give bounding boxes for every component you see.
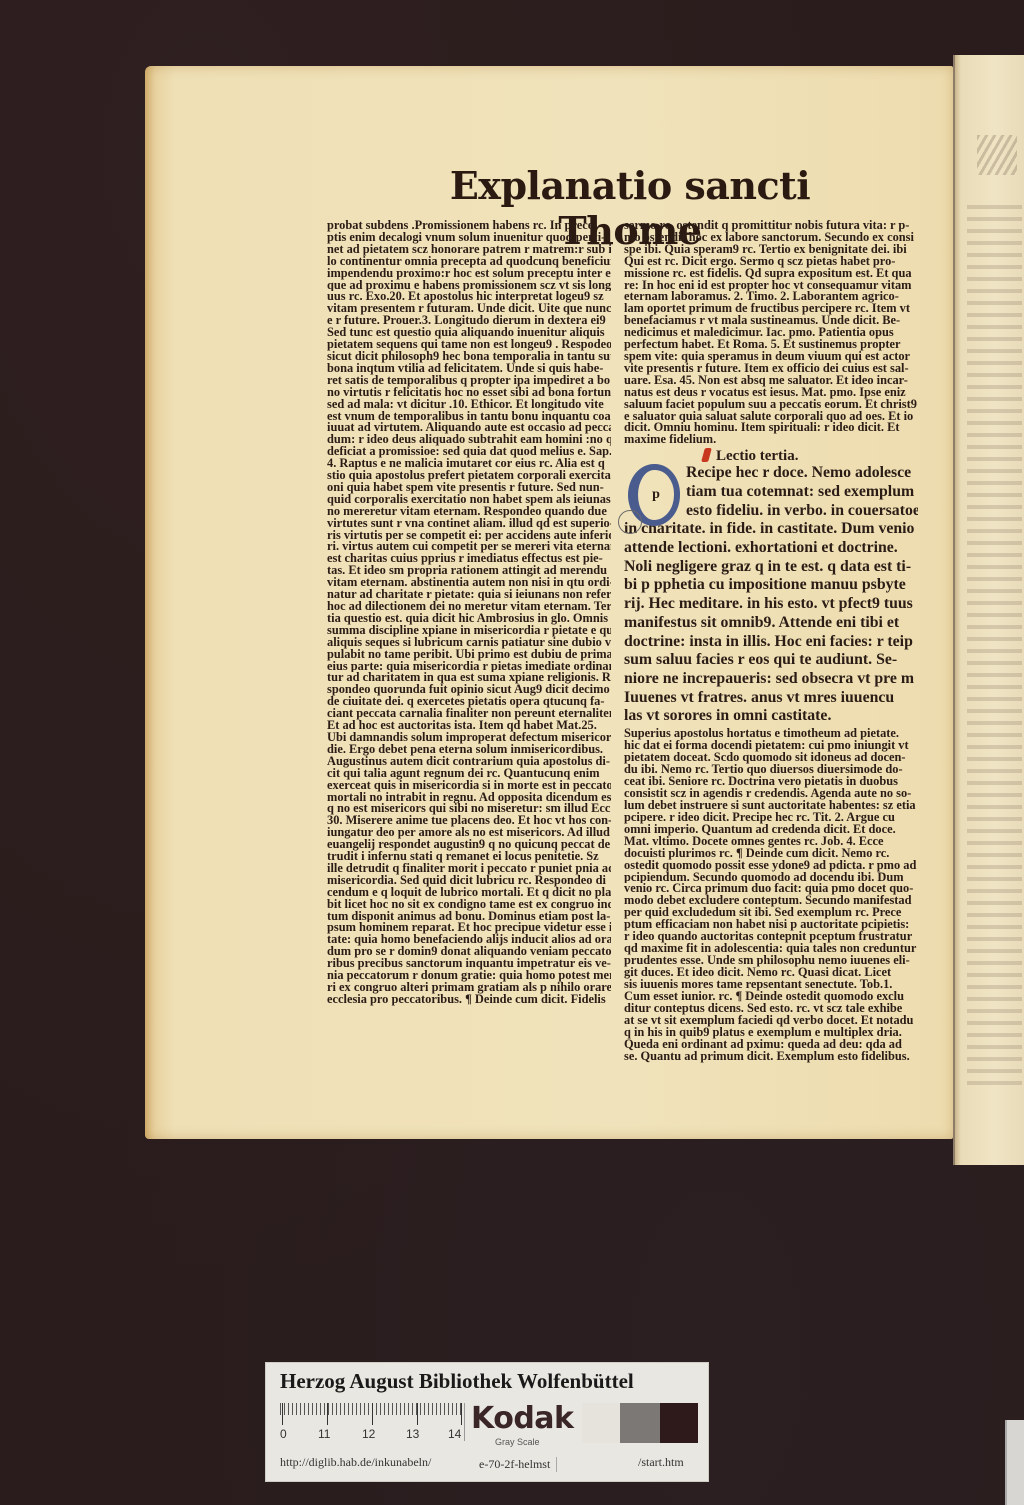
text-line: pulabit no tame peribit. Ubi primo est d… bbox=[327, 649, 611, 661]
text-line: mo ostendit hoc ex labore sanctorum. Sec… bbox=[624, 232, 918, 244]
text-line: doctrine: insta in illis. Hoc eni facies… bbox=[624, 633, 918, 652]
text-line: ptis enim decalogi vnum solum inuenitur … bbox=[327, 232, 611, 244]
text-line: sed ad mala: vt dicitur .10. Ethicor. Et… bbox=[327, 399, 611, 411]
url-prefix: http://diglib.hab.de/inkunabeln/ bbox=[280, 1455, 431, 1470]
text-line: hoc ad dilectionem dei no meretur vitam … bbox=[327, 601, 611, 613]
text-line: euangelij respondet augustin9 q no quicu… bbox=[327, 839, 611, 851]
text-line: ciant peccata carnalia finaliter non per… bbox=[327, 708, 611, 720]
text-line: que ad proximu e habens promissionem scz… bbox=[327, 280, 611, 292]
text-line: no mereretur vitam eternam. Respondeo qu… bbox=[327, 506, 611, 518]
text-line: ille detrudit q finaliter morit i peccat… bbox=[327, 863, 611, 875]
library-name: Herzog August Bibliothek Wolfenbüttel bbox=[280, 1369, 700, 1394]
text-line: se. Quantu ad primum dicit. Exemplum est… bbox=[624, 1051, 918, 1063]
shelfmark: e-70-2f-helmst bbox=[479, 1457, 557, 1472]
text-line: natus est deus r vocatus est iesus. Mat.… bbox=[624, 387, 918, 399]
text-line: tia questio est. quia dicit hic Ambrosiu… bbox=[327, 613, 611, 625]
ruler-label: 11 bbox=[318, 1427, 330, 1441]
text-line: eius parte: quia misericordia r pietas i… bbox=[327, 661, 611, 673]
adjacent-page-ghost-text bbox=[967, 205, 1022, 1085]
text-line: spondeo quorunda fuit opinio sicut Aug9 … bbox=[327, 684, 611, 696]
adjacent-page-ghost-heading bbox=[977, 135, 1017, 175]
text-line: spe ibi. Quia speram9 rc. Tertio ex beni… bbox=[624, 244, 918, 256]
adjacent-card-edge bbox=[1005, 1420, 1024, 1505]
text-line: sis iuuenis mores tame repsentant senect… bbox=[624, 979, 918, 991]
text-line: tum disponit animus ad bonu. Dominus eti… bbox=[327, 911, 611, 923]
text-line: exerceat quis in misericordia si in mort… bbox=[327, 780, 611, 792]
text-line: r ideo quando auctoritas contepnit pcept… bbox=[624, 931, 918, 943]
text-line: est charitas cuius pprius r imediatus ef… bbox=[327, 553, 611, 565]
text-line: est vnum de temporalibus in tantu bonu i… bbox=[327, 411, 611, 423]
text-line: dicit. Omniu hominu. Item spirituali: r … bbox=[624, 422, 918, 434]
text-line: Qui est rc. Dicit ergo. Sermo q scz piet… bbox=[624, 256, 918, 268]
initial-guide-letter: p bbox=[652, 489, 660, 501]
text-line: stio quia apostolus prefert pietatem cor… bbox=[327, 470, 611, 482]
text-line: Et ad hoc est auctoritas ista. Item qd h… bbox=[327, 720, 611, 732]
text-line: per quid excludedum sit ibi. Sed exemplu… bbox=[624, 907, 918, 919]
text-line: nia peccatorum r donum gratie: quia homo… bbox=[327, 970, 611, 982]
text-line: ris virtutis per se competit ei: per acc… bbox=[327, 530, 611, 542]
text-line: niore ne increpaueris: sed obsecra vt pr… bbox=[624, 670, 918, 689]
text-line: misericordia. Sed quid dicit lubricu rc.… bbox=[327, 875, 611, 887]
text-line: lum debet instruere si sunt auctoritate … bbox=[624, 800, 918, 812]
text-line: ret satis de temporalibus q propter ipa … bbox=[327, 375, 611, 387]
text-line: at se vt sit exemplum faciedi qd verbo d… bbox=[624, 1015, 918, 1027]
text-line: 30. Miserere anime tue placens deo. Et h… bbox=[327, 815, 611, 827]
ruler-major-tick bbox=[461, 1403, 462, 1425]
text-line: e saluator quia saluat salute corporali … bbox=[624, 411, 918, 423]
text-line: pcipiendum. Secundo quomodo ad docendu i… bbox=[624, 872, 918, 884]
ruler-label: 12 bbox=[362, 1427, 375, 1441]
kodak-logo: Kodak bbox=[471, 1401, 574, 1436]
text-line: ri ex congruo alteri primam gratiam als … bbox=[327, 982, 611, 994]
text-line: venio rc. Circa primum duo facit: quia p… bbox=[624, 883, 918, 895]
text-line: cendum e q loquit de lubrico mortali. Et… bbox=[327, 887, 611, 899]
text-line: perfectum habet. Et Roma. 5. Et sustinem… bbox=[624, 339, 918, 351]
text-line: ribus precibus sanctorum inquantu impetr… bbox=[327, 958, 611, 970]
text-line: aliquis seques si lubricum carnis patiat… bbox=[327, 637, 611, 649]
ruler-label: 13 bbox=[406, 1427, 419, 1441]
text-line: Noli negligere graz q in te est. q data … bbox=[624, 558, 918, 577]
text-line: las vt sorores in omni castitate. bbox=[624, 707, 918, 726]
text-line: ecclesia pro peccatoribus. ¶ Deinde cum … bbox=[327, 994, 611, 1006]
text-line: tur ad charitatem in qua est suma xpiane… bbox=[327, 672, 611, 684]
text-line: ostedit quomodo possit esse ydone9 ad pd… bbox=[624, 860, 918, 872]
text-line: bit licet hoc no sit ex condigno tame es… bbox=[327, 899, 611, 911]
text-line: git duces. Et ideo dicit. Nemo rc. Quasi… bbox=[624, 967, 918, 979]
text-line: uus rc. Exo.20. Et apostolus hic interpr… bbox=[327, 291, 611, 303]
text-line: manifestus sit omnib9. Attende eni tibi … bbox=[624, 614, 918, 633]
text-line: psum hominem reparat. Et hoc precipue vi… bbox=[327, 922, 611, 934]
text-line: benefaciamus r vt mala sustineamus. Unde… bbox=[624, 315, 918, 327]
text-line: saluum faciet populum suu a peccatis eor… bbox=[624, 399, 918, 411]
text-line: pcipere. r ideo dicit. Precipe hec rc. T… bbox=[624, 812, 918, 824]
text-line: Queda eni ordinant ad pximu: queda ad de… bbox=[624, 1039, 918, 1051]
text-line: de ciuitate dei. q exercetes pietatis op… bbox=[327, 696, 611, 708]
text-line: probat subdens .Promissionem habens rc. … bbox=[327, 220, 611, 232]
text-line: du ibi. Nemo rc. Tertio quo diuersos diu… bbox=[624, 764, 918, 776]
right-column: sermo rc. ostendit q promittitur nobis f… bbox=[624, 220, 918, 1063]
gray-swatch-mid bbox=[620, 1403, 660, 1443]
text-line: uare. Esa. 45. Non est absq me saluator.… bbox=[624, 375, 918, 387]
adjacent-page-edge bbox=[953, 55, 1024, 1165]
text-line: sum saluu facies r eos qui te audiunt. S… bbox=[624, 651, 918, 670]
ruler-major-tick bbox=[327, 1403, 328, 1425]
text-line: Superius apostolus hortatus e timotheum … bbox=[624, 728, 918, 740]
text-line: omni imperio. Quantum ad credenda dicit.… bbox=[624, 824, 918, 836]
text-line: lo continentur omnia precepta ad quodcun… bbox=[327, 256, 611, 268]
text-line: q no est misericors qui sibi no miseretu… bbox=[327, 803, 611, 815]
text-line: impendendu proximo:r hoc est solum prece… bbox=[327, 268, 611, 280]
ruler-major-tick bbox=[417, 1403, 418, 1425]
gray-swatch-dark bbox=[660, 1403, 698, 1443]
text-line: attende lectioni. exhortationi et doctri… bbox=[624, 539, 918, 558]
text-line: missione rc. est fidelis. Qd supra expos… bbox=[624, 268, 918, 280]
text-line: hic dat ei forma docendi pietatem: cui p… bbox=[624, 740, 918, 752]
text-line: pietatem doceat. Scdo quomodo sit idoneu… bbox=[624, 752, 918, 764]
text-line: modo debet excludere conteptum. Secundo … bbox=[624, 895, 918, 907]
text-line: natur ad charitate r pietate: quia si ie… bbox=[327, 589, 611, 601]
text-line: lam oportet primum de fructibus perciper… bbox=[624, 303, 918, 315]
decorated-initial-block: p Recipe hec r doce. Nemo adolescetiam t… bbox=[624, 464, 918, 726]
text-line: dum pro se r domin9 donat aliquando veni… bbox=[327, 946, 611, 958]
text-line: Augustinus autem dicit contrarium quia a… bbox=[327, 756, 611, 768]
text-line: summa discipline xpiane in misericordia … bbox=[327, 625, 611, 637]
right-column-top-text: sermo rc. ostendit q promittitur nobis f… bbox=[624, 220, 918, 446]
right-column-commentary: Superius apostolus hortatus e timotheum … bbox=[624, 728, 918, 1063]
text-line: Iuuenes vt fratres. anus vt mres iuuencu bbox=[624, 689, 918, 708]
text-line: e r future. Prouer.3. Longitudo dierum i… bbox=[327, 315, 611, 327]
text-line: vite presentis r future. Item ex officio… bbox=[624, 363, 918, 375]
text-line: Ubi damnandis solum improperat defectum … bbox=[327, 732, 611, 744]
text-line: eternam laboramus. 2. Timo. 2. Laborante… bbox=[624, 291, 918, 303]
text-line: tas. Et ideo sm propria rationem attingi… bbox=[327, 565, 611, 577]
text-line: docuisti plurimos rc. ¶ Deinde cum dicit… bbox=[624, 848, 918, 860]
text-line: ditur conteptus dicens. Sed esto. rc. vt… bbox=[624, 1003, 918, 1015]
lectio-section: Lectio tertia. p Recipe hec r doce. Nemo… bbox=[624, 448, 918, 726]
text-line: ptum efficaciam non habet nisi p auctori… bbox=[624, 919, 918, 931]
text-line: qd maxime fit in adolescentia: quia tale… bbox=[624, 943, 918, 955]
text-line: iuuat ad virtutem. Aliquando aute est oc… bbox=[327, 422, 611, 434]
text-line: maxime fidelium. bbox=[624, 434, 918, 446]
ruler-label: 14 bbox=[448, 1427, 461, 1441]
text-line: pietatem sequens qui tame non est longeu… bbox=[327, 339, 611, 351]
text-line: in charitate. in fide. in castitate. Dum… bbox=[624, 520, 918, 539]
ruler-label: 0 bbox=[280, 1427, 287, 1441]
text-line: bona inqtum vtilia ad felicitatem. Unde … bbox=[327, 363, 611, 375]
text-line: no virtutis r felicitatis hoc no esset s… bbox=[327, 387, 611, 399]
text-line: rij. Hec meditare. in his esto. vt pfect… bbox=[624, 595, 918, 614]
text-line: quid corporalis exercitatio non habet sp… bbox=[327, 494, 611, 506]
gray-swatch-light bbox=[582, 1403, 620, 1443]
url-suffix: /start.htm bbox=[638, 1455, 684, 1470]
text-line: 4. Raptus e ne malicia imutaret cor eius… bbox=[327, 458, 611, 470]
text-line: iungatur deo per amore als no est miseri… bbox=[327, 827, 611, 839]
text-line: Sed tunc est questio quia aliquando inue… bbox=[327, 327, 611, 339]
text-line: sermo rc. ostendit q promittitur nobis f… bbox=[624, 220, 918, 232]
text-line: mortali no intrabit in regnu. Ad opposit… bbox=[327, 792, 611, 804]
text-line: net ad pietatem scz honorare patrem r ma… bbox=[327, 244, 611, 256]
text-line: virtutes sunt r vna continet aliam. illu… bbox=[327, 518, 611, 530]
text-line: oni quia habet spem vite presentis r fut… bbox=[327, 482, 611, 494]
gray-scale-label: Gray Scale bbox=[495, 1437, 540, 1447]
lectio-heading: Lectio tertia. bbox=[624, 448, 918, 464]
text-line: consistit scz in agendis r credendis. Ag… bbox=[624, 788, 918, 800]
text-line: prudentes esse. Unde sm philosophu nemo … bbox=[624, 955, 918, 967]
text-line: Cum esset iunior. rc. ¶ Deinde ostedit q… bbox=[624, 991, 918, 1003]
text-line: deficiat a promissioe: sed quia dat quod… bbox=[327, 446, 611, 458]
ruler-major-tick bbox=[372, 1403, 373, 1425]
text-line: die. Ergo debet pena eterna solum inmise… bbox=[327, 744, 611, 756]
calibration-card: Herzog August Bibliothek Wolfenbüttel 0 … bbox=[265, 1362, 709, 1482]
text-line: ri. virtus autem cui competit per se mer… bbox=[327, 541, 611, 553]
text-line: cit qui talia agunt regnum dei rc. Quant… bbox=[327, 768, 611, 780]
text-line: q in his in quib9 platus e exemplum e mu… bbox=[624, 1027, 918, 1039]
ruler-major-tick bbox=[282, 1403, 283, 1425]
text-line: tate: quia homo benefaciendo alijs induc… bbox=[327, 934, 611, 946]
text-line: vitam eternam. abstinentia autem non nis… bbox=[327, 577, 611, 589]
text-line: dum: r ideo deus aliquado subtrahit eam … bbox=[327, 434, 611, 446]
left-column: probat subdens .Promissionem habens rc. … bbox=[327, 220, 611, 1006]
text-line: re: In hoc eni id est propter hoc vt con… bbox=[624, 280, 918, 292]
text-line: sicut dicit philosoph9 hec bona temporal… bbox=[327, 351, 611, 363]
text-line: bi p pphetia cu impositione manuu psbyte bbox=[624, 576, 918, 595]
text-line: nedicimus et maledicimur. Iac. pmo. Pati… bbox=[624, 327, 918, 339]
text-line: Mat. vltimo. Docete omnes gentes rc. Job… bbox=[624, 836, 918, 848]
measurement-ruler: 0 11 12 13 14 bbox=[280, 1403, 465, 1441]
text-line: ceat ibi. Seniore rc. Doctrina vero piet… bbox=[624, 776, 918, 788]
text-line: vitam presentem r futuram. Unde dicit. U… bbox=[327, 303, 611, 315]
text-line: spem vite: quia speramus in deum viuum q… bbox=[624, 351, 918, 363]
text-line: trudit i infernu stati q remanet ei locu… bbox=[327, 851, 611, 863]
